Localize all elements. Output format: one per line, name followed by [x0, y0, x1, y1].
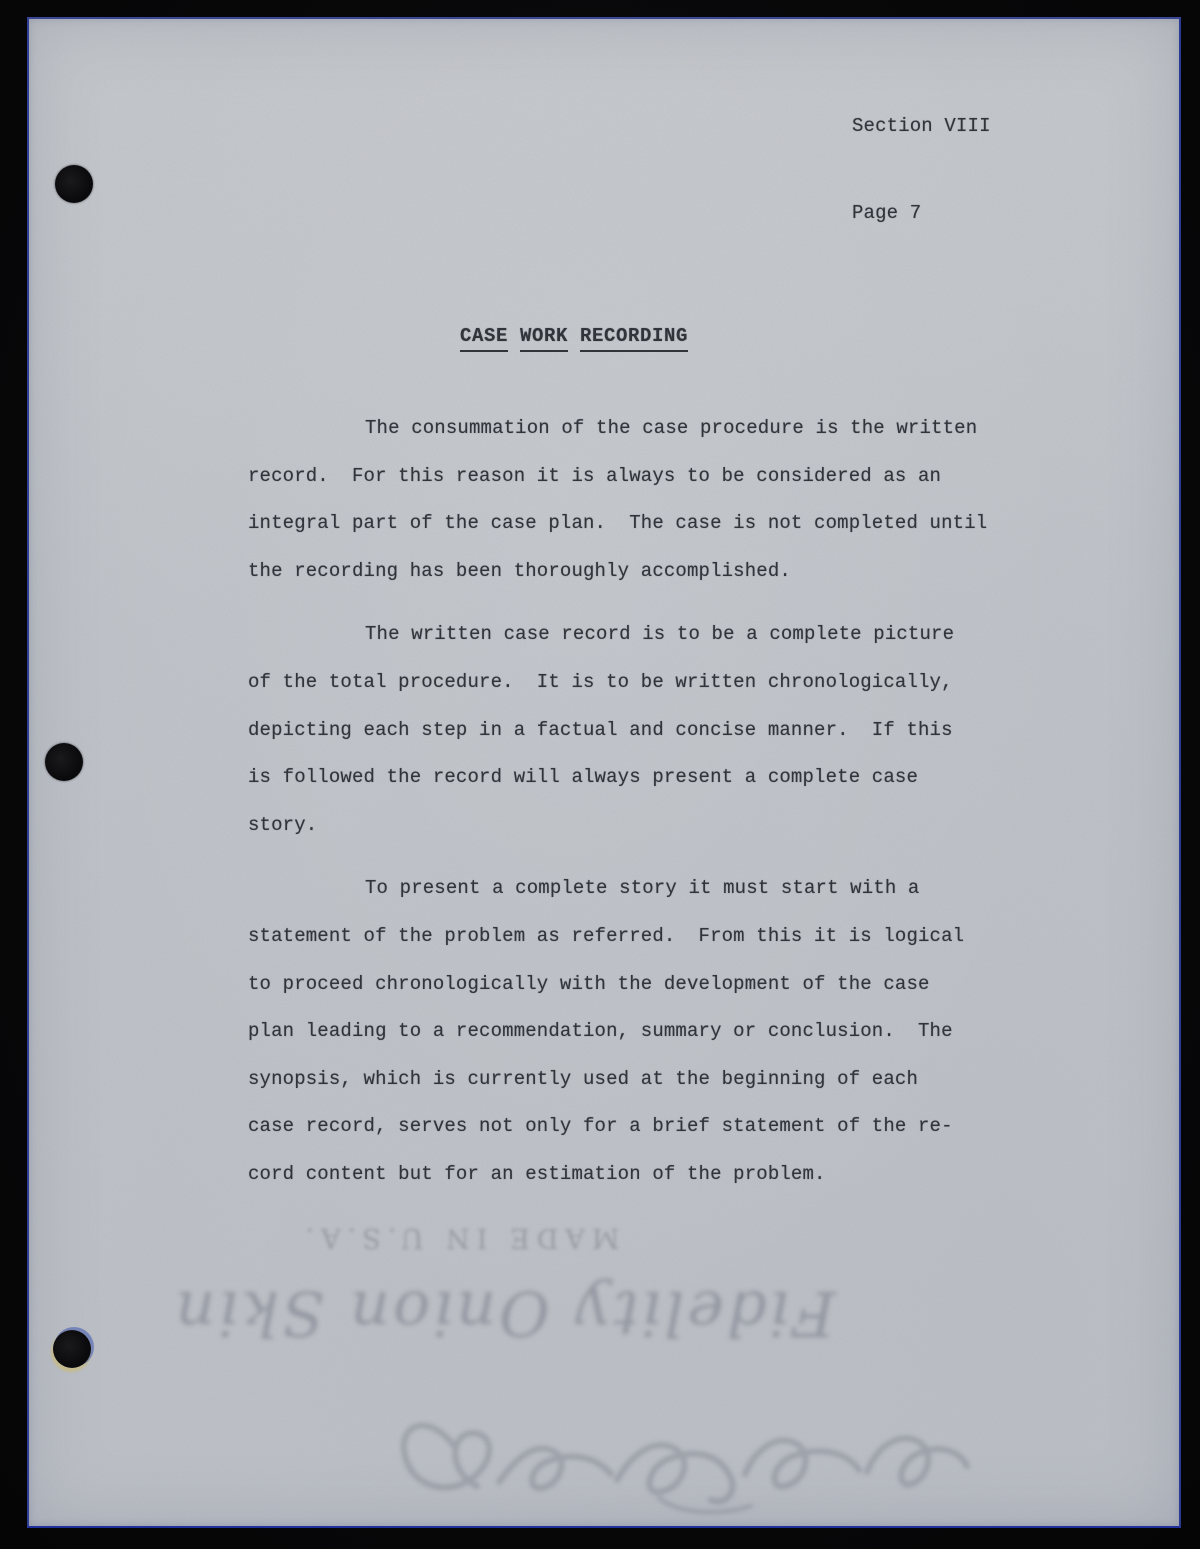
document-body: The consummation of the case procedure i… [248, 405, 1048, 1215]
text-line: is followed the record will always prese… [248, 754, 1048, 802]
text-line: statement of the problem as referred. Fr… [248, 913, 1048, 961]
section-label: Section VIII [852, 112, 991, 141]
scan-background: Section VIII Page 7 CASEWORKRECORDING Th… [0, 0, 1200, 1549]
text-line: to proceed chronologically with the deve… [248, 961, 1048, 1009]
text-line: The consummation of the case procedure i… [248, 405, 1048, 453]
text-line: To present a complete story it must star… [248, 865, 1048, 913]
text-line: the recording has been thoroughly accomp… [248, 548, 1048, 596]
watermark-brand: Fidelity Onion Skin [114, 1277, 894, 1350]
hole-punch-bottom [53, 1330, 91, 1368]
hole-punch-middle [45, 743, 83, 781]
document-page: Section VIII Page 7 CASEWORKRECORDING Th… [27, 17, 1181, 1528]
paragraph-3: To present a complete story it must star… [248, 865, 1048, 1198]
title-word-work: WORK [520, 325, 568, 352]
text-line: of the total procedure. It is to be writ… [248, 659, 1048, 707]
document-title: CASEWORKRECORDING [13, 325, 1135, 352]
text-line: depicting each step in a factual and con… [248, 707, 1048, 755]
title-word-case: CASE [460, 325, 508, 352]
title-word-recording: RECORDING [580, 325, 688, 352]
text-line: The written case record is to be a compl… [248, 611, 1048, 659]
text-line: synopsis, which is currently used at the… [248, 1056, 1048, 1104]
page-number-label: Page 7 [852, 199, 991, 228]
paragraph-1: The consummation of the case procedure i… [248, 405, 1048, 595]
page-header: Section VIII Page 7 [852, 54, 991, 286]
text-line: story. [248, 802, 1048, 850]
text-line: case record, serves not only for a brief… [248, 1103, 1048, 1151]
text-line: record. For this reason it is always to … [248, 453, 1048, 501]
text-line: plan leading to a recommendation, summar… [248, 1008, 1048, 1056]
illegible-cursive-watermark [359, 1394, 979, 1524]
text-line: cord content but for an estimation of th… [248, 1151, 1048, 1199]
text-line: integral part of the case plan. The case… [248, 500, 1048, 548]
paragraph-2: The written case record is to be a compl… [248, 611, 1048, 849]
watermark-made-in-usa: MADE IN U.S.A. [244, 1222, 674, 1253]
hole-punch-top [55, 165, 93, 203]
